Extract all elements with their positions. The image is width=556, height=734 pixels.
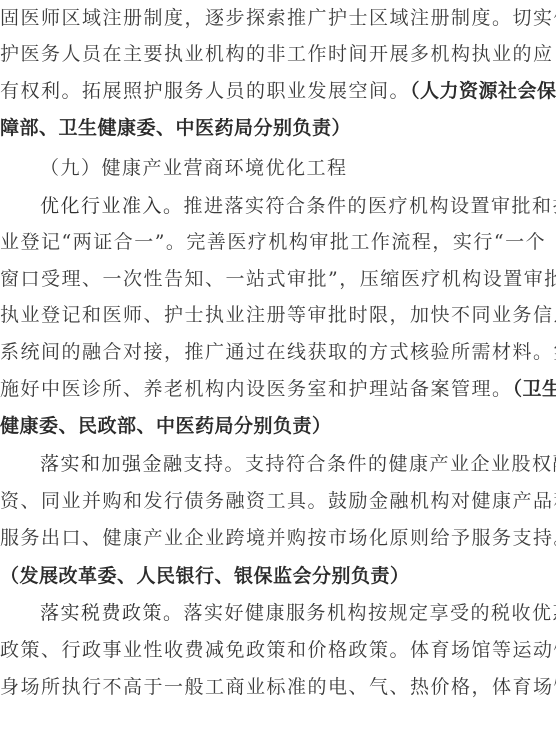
text-line-6: 优化行业准入。推进落实符合条件的医疗机构设置审批和执: [40, 188, 556, 224]
paragraph-text: 政策、行政事业性收费减免政策和价格政策。体育场馆等运动健: [0, 639, 556, 661]
subheading-tax-policy: 落实税费政策。: [40, 602, 184, 624]
responsible-dept-note: （卫生: [513, 378, 556, 400]
text-line-12: 健康委、民政部、中医药局分别负责）: [0, 408, 332, 444]
paragraph-text: 执业登记和医师、护士执业注册等审批时限，加快不同业务信息: [0, 304, 556, 326]
text-line-3: 有权利。拓展照护服务人员的职业发展空间。（人力资源社会保: [0, 73, 556, 109]
paragraph-text: 资、同业并购和发行债务融资工具。鼓励金融机构对健康产品和: [0, 490, 556, 512]
text-line-10: 系统间的融合对接，推广通过在线获取的方式核验所需材料。实: [0, 334, 556, 370]
text-line-8: 窗口受理、一次性告知、一站式审批”，压缩医疗机构设置审批、: [0, 261, 556, 297]
text-line-7: 业登记“两证合一”。完善医疗机构审批工作流程，实行“一个: [0, 224, 546, 260]
paragraph-text: 施好中医诊所、养老机构内设医务室和护理站备案管理。: [0, 378, 513, 400]
paragraph-text: 支持符合条件的健康产业企业股权融: [245, 453, 556, 475]
responsible-dept-note: （发展改革委、人民银行、银保监会分别负责）: [0, 565, 410, 587]
text-line-18: 政策、行政事业性收费减免政策和价格政策。体育场馆等运动健: [0, 632, 556, 668]
text-line-9: 执业登记和医师、护士执业注册等审批时限，加快不同业务信息: [0, 297, 556, 333]
paragraph-text: 窗口受理、一次性告知、一站式审批”，压缩医疗机构设置审批、: [0, 268, 556, 290]
text-line-2: 护医务人员在主要执业机构的非工作时间开展多机构执业的应: [0, 36, 554, 72]
paragraph-text: 身场所执行不高于一般工商业标准的电、气、热价格，体育场馆: [0, 676, 556, 698]
responsible-dept-note: 健康委、民政部、中医药局分别负责）: [0, 415, 332, 437]
responsible-dept-note: （人力资源社会保: [410, 80, 556, 102]
text-line-14: 资、同业并购和发行债务融资工具。鼓励金融机构对健康产品和: [0, 483, 556, 519]
text-line-19: 身场所执行不高于一般工商业标准的电、气、热价格，体育场馆: [0, 669, 556, 705]
text-line-17: 落实税费政策。落实好健康服务机构按规定享受的税收优惠: [40, 595, 556, 631]
paragraph-text: 系统间的融合对接，推广通过在线获取的方式核验所需材料。实: [0, 341, 556, 363]
responsible-dept-note: 障部、卫生健康委、中医药局分别负责）: [0, 117, 351, 139]
text-line-16: （发展改革委、人民银行、银保监会分别负责）: [0, 558, 410, 594]
text-line-4: 障部、卫生健康委、中医药局分别负责）: [0, 110, 351, 146]
paragraph-text: 固医师区域注册制度，逐步探索推广护士区域注册制度。切实保: [0, 7, 556, 29]
text-line-15: 服务出口、健康产业企业跨境并购按市场化原则给予服务支持。: [0, 520, 556, 556]
text-line-1: 固医师区域注册制度，逐步探索推广护士区域注册制度。切实保: [0, 0, 556, 36]
paragraph-text: 落实好健康服务机构按规定享受的税收优惠: [184, 602, 556, 624]
text-line-13: 落实和加强金融支持。支持符合条件的健康产业企业股权融: [40, 446, 556, 482]
section-heading-9: （九）健康产业营商环境优化工程: [40, 150, 348, 186]
paragraph-text: 服务出口、健康产业企业跨境并购按市场化原则给予服务支持。: [0, 527, 556, 549]
paragraph-text: 业登记“两证合一”。完善医疗机构审批工作流程，实行“一个: [0, 231, 546, 253]
section-heading-text: （九）健康产业营商环境优化工程: [40, 157, 348, 179]
paragraph-text: 推进落实符合条件的医疗机构设置审批和执: [184, 195, 556, 217]
paragraph-text: 护医务人员在主要执业机构的非工作时间开展多机构执业的应: [0, 43, 554, 65]
subheading-financial-support: 落实和加强金融支持。: [40, 453, 245, 475]
paragraph-text: 有权利。拓展照护服务人员的职业发展空间。: [0, 80, 410, 102]
subheading-optimize-access: 优化行业准入。: [40, 195, 184, 217]
text-line-11: 施好中医诊所、养老机构内设医务室和护理站备案管理。（卫生: [0, 371, 556, 407]
